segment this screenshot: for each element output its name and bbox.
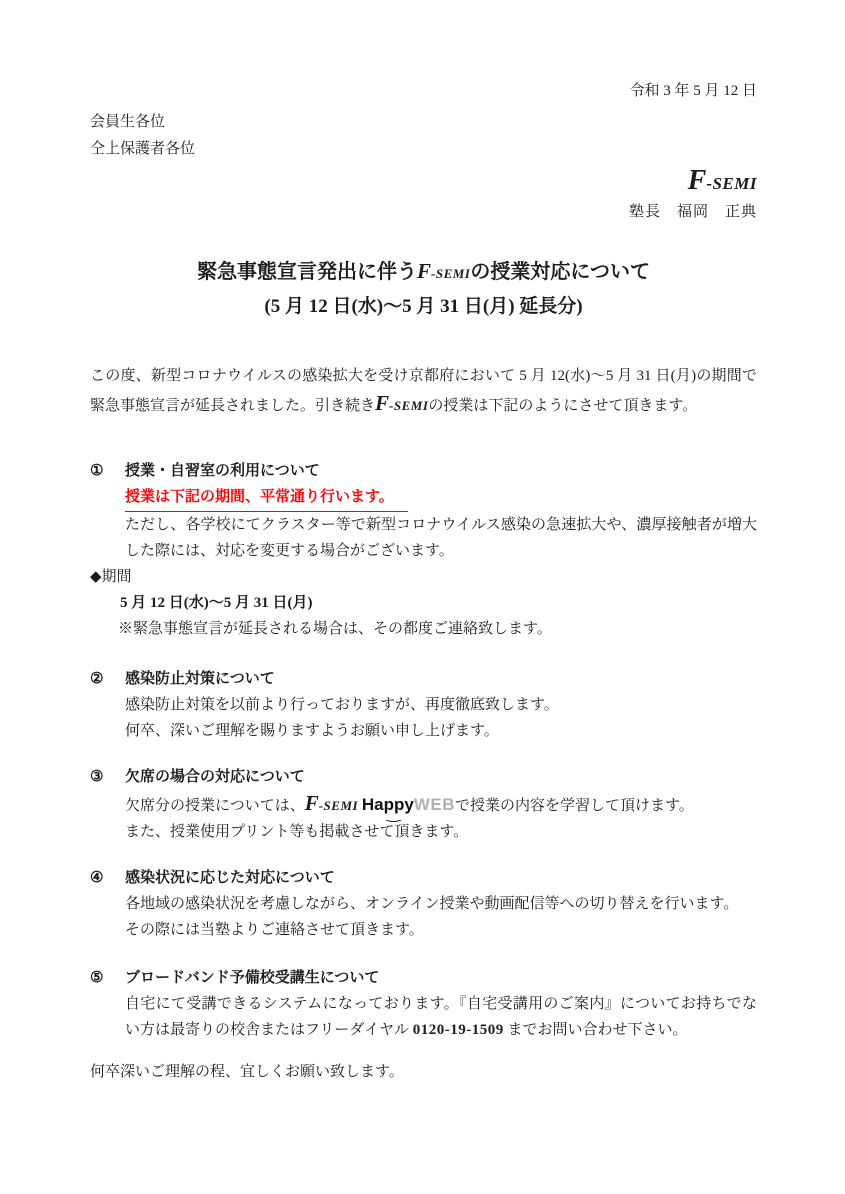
- section-body-line: また、授業使用プリント等も掲載させて頂きます。: [125, 819, 757, 845]
- fsemi-logo: F-SEMI: [90, 168, 757, 198]
- section-heading-text: ブロードバンド予備校受講生について: [125, 965, 379, 991]
- emphasis-line: 授業は下記の期間、平常通り行います。: [125, 484, 757, 512]
- happyweb-logo: HappyWEB: [362, 795, 455, 814]
- period-note: ※緊急事態宣言が延長される場合は、その都度ご連絡致します。: [118, 616, 757, 642]
- section-body: 感染防止対策を以前より行っておりますが、再度徹底致します。 何卒、深いご理解を賜…: [125, 692, 757, 744]
- section-heading: ② 感染防止対策について: [90, 666, 757, 692]
- body-text-post: で授業の内容を学習して頂けます。: [455, 798, 694, 814]
- section-number: ②: [90, 666, 125, 692]
- intro-paragraph: この度、新型コロナウイルスの感染拡大を受け京都府において 5 月 12(水)～5…: [90, 363, 757, 420]
- title-line1-post: の授業対応について: [470, 261, 650, 283]
- period-label: ◆期間: [90, 564, 757, 590]
- section-body: 各地域の感染状況を考慮しながら、オンライン授業や動画配信等への切り替えを行います…: [125, 891, 757, 943]
- section-body-line: 何卒、深いご理解を賜りますようお願い申し上げます。: [125, 718, 757, 744]
- section-broadband-students: ⑤ ブロードバンド予備校受講生について 自宅にて受講できるシステムになっておりま…: [90, 965, 757, 1043]
- section-heading: ③ 欠席の場合の対応について: [90, 764, 757, 790]
- section-heading-text: 感染防止対策について: [125, 666, 275, 692]
- section-body: 欠席分の授業については、F-SEMI HappyWEBで授業の内容を学習して頂け…: [125, 790, 757, 845]
- section-body: 授業は下記の期間、平常通り行います。 ただし、各学校にてクラスター等で新型コロナ…: [125, 484, 757, 564]
- section-body-line: 各地域の感染状況を考慮しながら、オンライン授業や動画配信等への切り替えを行います…: [125, 891, 757, 917]
- section-body-line: 欠席分の授業については、F-SEMI HappyWEBで授業の内容を学習して頂け…: [125, 790, 757, 819]
- title-line1-pre: 緊急事態宣言発出に伴う: [197, 261, 417, 283]
- section-body-text: ただし、各学校にてクラスター等で新型コロナウイルス感染の急速拡大や、濃厚接触者が…: [125, 512, 757, 564]
- section-situation-response: ④ 感染状況に応じた対応について 各地域の感染状況を考慮しながら、オンライン授業…: [90, 865, 757, 943]
- section-heading: ① 授業・自習室の利用について: [90, 458, 757, 484]
- section-infection-prevention: ② 感染防止対策について 感染防止対策を以前より行っておりますが、再度徹底致しま…: [90, 666, 757, 744]
- section-body-line: その際には当塾よりご連絡させて頂きます。: [125, 917, 757, 943]
- intro-post: の授業は下記のようにさせて頂きます。: [428, 398, 697, 414]
- emphasis-red-text: 授業は下記の期間、平常通り行います。: [125, 484, 408, 512]
- section-number: ①: [90, 458, 125, 484]
- recipient-guardians: 仝上保護者各位: [90, 136, 757, 163]
- section-number: ⑤: [90, 965, 125, 991]
- body-text-pre: 欠席分の授業については、: [125, 798, 305, 814]
- section-heading-text: 感染状況に応じた対応について: [125, 865, 335, 891]
- closing-line: 何卒深いご理解の程、宜しくお願い致します。: [90, 1059, 757, 1085]
- fsemi-logo: F-SEMI: [305, 798, 358, 814]
- section-heading: ⑤ ブロードバンド予備校受講生について: [90, 965, 757, 991]
- recipient-members: 会員生各位: [90, 109, 757, 136]
- fsemi-logo-f: F: [688, 165, 707, 196]
- title-line-1: 緊急事態宣言発出に伴うF-SEMIの授業対応について: [90, 255, 757, 290]
- section-heading: ④ 感染状況に応じた対応について: [90, 865, 757, 891]
- section-number: ④: [90, 865, 125, 891]
- fsemi-logo: F-SEMI: [375, 398, 428, 414]
- happyweb-web: WEB: [414, 795, 455, 814]
- period-value: 5 月 12 日(水)～5 月 31 日(月): [120, 590, 757, 616]
- fsemi-logo: F-SEMI: [417, 261, 470, 283]
- section-body: 自宅にて受講できるシステムになっております。『自宅受講用のご案内』についてお持ち…: [125, 991, 757, 1043]
- sender-block: F-SEMI 塾長 福岡 正典: [90, 168, 757, 225]
- sender-name: 塾長 福岡 正典: [90, 200, 757, 225]
- section-number: ③: [90, 764, 125, 790]
- phone-number: 0120-19-1509: [413, 1022, 504, 1038]
- document-date: 令和 3 年 5 月 12 日: [90, 78, 757, 104]
- period-block: ◆期間 5 月 12 日(水)～5 月 31 日(月) ※緊急事態宣言が延長され…: [90, 564, 757, 642]
- document-page: 令和 3 年 5 月 12 日 会員生各位 仝上保護者各位 F-SEMI 塾長 …: [0, 0, 845, 1194]
- section-absence-response: ③ 欠席の場合の対応について 欠席分の授業については、F-SEMI HappyW…: [90, 764, 757, 845]
- section-body-line: 感染防止対策を以前より行っておりますが、再度徹底致します。: [125, 692, 757, 718]
- body-text-post: までお問い合わせ下さい。: [504, 1022, 688, 1038]
- section-class-and-study-room: ① 授業・自習室の利用について 授業は下記の期間、平常通り行います。 ただし、各…: [90, 458, 757, 564]
- fsemi-logo-semi: -SEMI: [706, 174, 757, 193]
- document-title: 緊急事態宣言発出に伴うF-SEMIの授業対応について (5 月 12 日(水)～…: [90, 255, 757, 323]
- section-heading-text: 授業・自習室の利用について: [125, 458, 320, 484]
- happyweb-smile: pp: [384, 792, 405, 818]
- section-heading-text: 欠席の場合の対応について: [125, 764, 305, 790]
- title-line-2: (5 月 12 日(水)～5 月 31 日(月) 延長分): [90, 290, 757, 323]
